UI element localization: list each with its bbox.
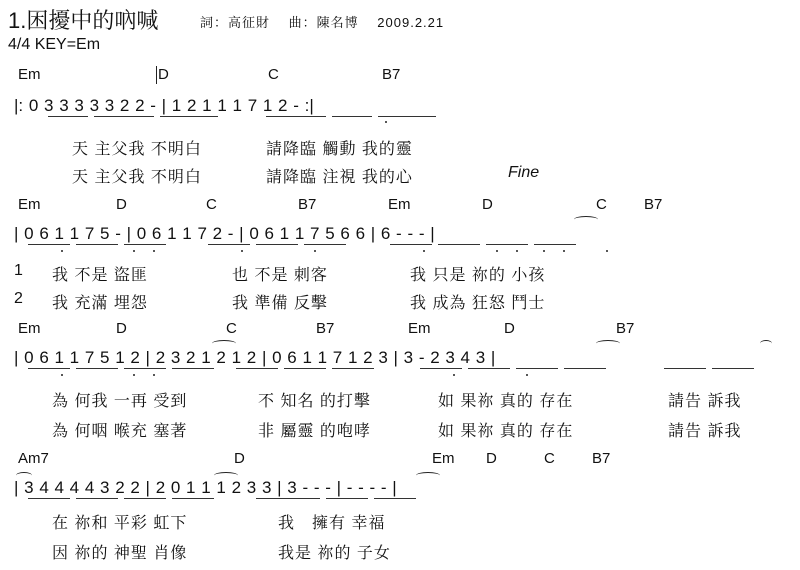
- chord: B7: [316, 320, 334, 337]
- notation-line: | 0 6 1 1 7 5 - | 0 6 1 1 7 2 - | 0 6 1 …: [14, 224, 435, 244]
- time-signature-key: 4/4 KEY=Em: [8, 36, 100, 54]
- cursor-mark: [156, 66, 157, 84]
- notation-line: |: 0 3 3 3 3 3 2 2 - | 1 2 1 1 1 7 1 2 -…: [14, 96, 314, 116]
- chord: C: [226, 320, 237, 337]
- lyric-line: 我 充滿 埋怨: [52, 290, 148, 313]
- lyric-line: 也 不是 刺客: [232, 262, 328, 285]
- chord: D: [116, 196, 127, 213]
- chord: B7: [382, 66, 400, 83]
- lyric-line: 我 準備 反擊: [232, 290, 328, 313]
- credits: 詞：高征財 曲：陳名博 2009.2.21: [200, 12, 458, 31]
- lyric-line: 因 祢的 神聖 肖像: [52, 540, 187, 563]
- lyric-line: 我是 祢的 子女: [278, 540, 391, 563]
- lyric-line: 為 何我 一再 受到: [52, 388, 187, 411]
- chord: B7: [592, 450, 610, 467]
- chord: B7: [616, 320, 634, 337]
- chord: C: [596, 196, 607, 213]
- notation-line: | 3 4 4 4 4 3 2 2 | 2 0 1 1 1 2 3 3 | 3 …: [14, 478, 397, 498]
- chord: Em: [18, 320, 41, 337]
- fine-marker: Fine: [508, 164, 539, 182]
- lyric-line: 請降臨 注視 我的心: [266, 164, 413, 187]
- chord: C: [268, 66, 279, 83]
- date: 2009.2.21: [377, 15, 444, 30]
- lyric-line: 我 擁有 幸福: [278, 510, 385, 533]
- verse-number: 2: [14, 290, 24, 308]
- chord: D: [486, 450, 497, 467]
- lyric-line: 不 知名 的打擊: [258, 388, 371, 411]
- lyric-line: 在 祢和 平彩 虹下: [52, 510, 187, 533]
- verse-number: 1: [14, 262, 24, 280]
- chord: D: [158, 66, 169, 83]
- notation-line: | 0 6 1 1 7 5 1 2 | 2 3 2 1 2 1 2 | 0 6 …: [14, 348, 495, 368]
- lyric-line: 請告 訴我: [668, 388, 741, 411]
- chord: D: [504, 320, 515, 337]
- chord: Am7: [18, 450, 49, 467]
- chord: C: [544, 450, 555, 467]
- chord: D: [234, 450, 245, 467]
- lyric-line: 如 果祢 真的 存在: [438, 418, 573, 441]
- lyric-line: 天 主父我 不明白: [72, 136, 202, 159]
- chord: Em: [18, 66, 41, 83]
- chord: C: [206, 196, 217, 213]
- chord: Em: [432, 450, 455, 467]
- lyric-line: 請降臨 觸動 我的靈: [266, 136, 413, 159]
- chord: Em: [18, 196, 41, 213]
- lyric-line: 我 不是 盜匪: [52, 262, 148, 285]
- lyric-line: 非 屬靈 的咆哮: [258, 418, 371, 441]
- composer: 曲：陳名博: [289, 15, 359, 30]
- lyric-line: 我 成為 狂怒 鬥士: [410, 290, 545, 313]
- lyric-line: 請告 訴我: [668, 418, 741, 441]
- lyricist: 詞：高征財: [200, 15, 270, 30]
- chord: B7: [644, 196, 662, 213]
- chord: D: [116, 320, 127, 337]
- song-title: 1.困擾中的吶喊: [8, 4, 158, 35]
- lyric-line: 天 主父我 不明白: [72, 164, 202, 187]
- lyric-line: 為 何咽 喉充 塞著: [52, 418, 187, 441]
- lyric-line: 我 只是 祢的 小孩: [410, 262, 545, 285]
- chord: B7: [298, 196, 316, 213]
- chord: Em: [388, 196, 411, 213]
- chord: Em: [408, 320, 431, 337]
- lyric-line: 如 果祢 真的 存在: [438, 388, 573, 411]
- chord: D: [482, 196, 493, 213]
